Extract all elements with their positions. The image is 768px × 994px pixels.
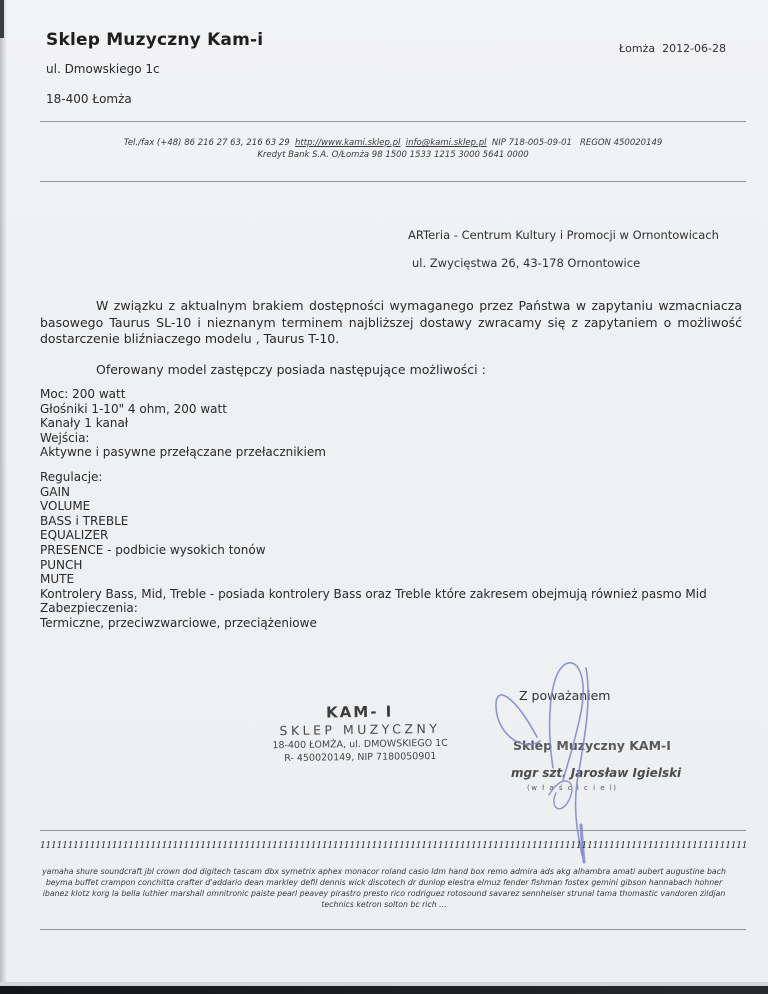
divider-line-header [40, 181, 746, 182]
control-line: Zabezpieczenia: [40, 601, 750, 616]
company-name: Sklep Muzyczny Kam-i [46, 30, 263, 50]
control-line: Regulacje: [40, 470, 750, 485]
divider-line-footer-bottom [40, 929, 746, 930]
scanned-letter-page: Sklep Muzyczny Kam-i Łomża 2012-06-28 ul… [0, 0, 768, 994]
brand-list: yamaha shure soundcraft jbl crown dod di… [34, 866, 734, 910]
website-link: http://www.kami.sklep.pl [295, 138, 400, 148]
stamp-brand: KAM- I [262, 702, 458, 723]
signature-name: mgr szt. Jarosław Igielski [511, 766, 681, 780]
contact-line: Tel./fax (+48) 86 216 27 63, 216 63 29 h… [40, 137, 746, 149]
control-line: PUNCH [40, 558, 750, 573]
date-line: Łomża 2012-06-28 [560, 42, 726, 55]
spec-line: Głośniki 1-10" 4 ohm, 200 watt [40, 402, 740, 417]
nip-text: NIP 718-005-09-01 [492, 138, 572, 148]
control-line: Termiczne, przeciwzwarciowe, przeciążeni… [40, 616, 750, 631]
control-line: VOLUME [40, 499, 750, 514]
contact-block: Tel./fax (+48) 86 216 27 63, 216 63 29 h… [40, 137, 746, 161]
spec-line: Wejścia: [40, 431, 740, 446]
bank-line: Kredyt Bank S.A. O/Łomża 98 1500 1533 12… [40, 149, 746, 161]
email-link: info@kami.sklep.pl [406, 138, 487, 148]
scan-corner-mark [0, 0, 4, 38]
spec-line: Kanały 1 kanał [40, 416, 740, 431]
body-paragraph-2: Oferowany model zastępczy posiada następ… [40, 362, 742, 379]
control-line: EQUALIZER [40, 528, 750, 543]
brand-list-line: technics ketron solton bc rich ... [34, 899, 734, 910]
stamp-address: 18-400 ŁOMŻA, ul. DMOWSKIEGO 1C [262, 738, 458, 752]
divider-line-top [40, 121, 746, 122]
signature-role: (w ł a ś c i c i e l) [527, 784, 617, 792]
control-line: PRESENCE - podbicie wysokich tonów [40, 543, 750, 558]
control-line: BASS i TREBLE [40, 514, 750, 529]
stamp-shop-name: SKLEP MUZYCZNY [262, 721, 458, 739]
company-city: 18-400 Łomża [46, 92, 132, 106]
body-paragraph-1: W związku z aktualnym brakiem dostępnośc… [40, 298, 742, 348]
recipient-address: ul. Zwycięstwa 26, 43-178 Ornontowice [412, 256, 640, 270]
control-line: Kontrolery Bass, Mid, Treble - posiada k… [40, 587, 750, 602]
ones-divider: 1111111111111111111111111111111111111111… [40, 841, 746, 851]
brand-list-line: yamaha shure soundcraft jbl crown dod di… [34, 866, 734, 877]
regon-text: REGON 450020149 [580, 138, 662, 148]
stamp-registration: R- 450020149, NIP 7180050901 [262, 751, 458, 765]
divider-line-footer-top [40, 830, 746, 831]
signature-company: Sklep Muzyczny KAM-I [513, 738, 671, 753]
spec-line: Moc: 200 watt [40, 387, 740, 402]
brand-list-line: ibanez klotz korg la bella luthier marsh… [34, 888, 734, 899]
control-line: MUTE [40, 572, 750, 587]
spec-line: Aktywne i pasywne przełączane przełaczni… [40, 445, 740, 460]
scan-bottom-bar [0, 986, 768, 994]
specs-list: Moc: 200 watt Głośniki 1-10" 4 ohm, 200 … [40, 387, 740, 460]
controls-list: Regulacje: GAIN VOLUME BASS i TREBLE EQU… [40, 470, 750, 631]
tel-fax-text: Tel./fax (+48) 86 216 27 63, 216 63 29 [124, 138, 290, 148]
recipient-name: ARTeria - Centrum Kultury i Promocji w O… [408, 228, 719, 242]
rubber-stamp: KAM- I SKLEP MUZYCZNY 18-400 ŁOMŻA, ul. … [262, 702, 459, 765]
company-street: ul. Dmowskiego 1c [46, 62, 160, 76]
brand-list-line: beyma buffet crampon conchitta crafter d… [34, 877, 734, 888]
handwritten-signature [470, 650, 650, 870]
control-line: GAIN [40, 485, 750, 500]
closing-salutation: Z poważaniem [519, 688, 611, 703]
scan-edge-shadow [0, 0, 7, 994]
